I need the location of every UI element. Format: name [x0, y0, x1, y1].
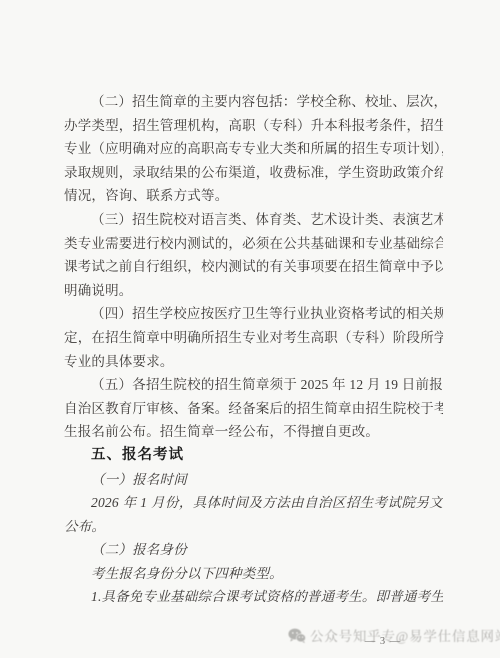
- text-line: 办学类型，招生管理机构，高职（专科）升本科报考条件，招生: [64, 114, 443, 138]
- text-line: 自治区教育厅审核、备案。经备案后的招生简章由招生院校于考: [64, 397, 443, 421]
- document-body: （二）招生简章的主要内容包括：学校全称、校址、层次，办学类型，招生管理机构，高职…: [64, 90, 443, 609]
- page-number: — 3 —: [352, 636, 414, 647]
- text-line: 情况，咨询、联系方式等。: [64, 184, 443, 208]
- text-line: 2026 年 1 月份，具体时间及方法由自治区招生考试院另文: [64, 491, 443, 515]
- text-line: （二）报名身份: [64, 538, 443, 562]
- document-page: （二）招生简章的主要内容包括：学校全称、校址、层次，办学类型，招生管理机构，高职…: [0, 0, 500, 658]
- text-line: 类专业需要进行校内测试的，必须在公共基础课和专业基础综合: [64, 232, 443, 256]
- text-line: 明确说明。: [64, 279, 443, 303]
- text-line: （二）招生简章的主要内容包括：学校全称、校址、层次，: [64, 90, 443, 114]
- text-line: 公布。: [64, 515, 443, 539]
- text-line: 录取规则，录取结果的公布渠道，收费标准，学生资助政策介绍: [64, 161, 443, 185]
- text-line: 定，在招生简章中明确所招生专业对考生高职（专科）阶段所学: [64, 326, 443, 350]
- text-line: （五）各招生院校的招生简章须于 2025 年 12 月 19 日前报: [64, 373, 443, 397]
- text-line: 1.具备免专业基础综合课考试资格的普通考生。即普通考生: [64, 585, 443, 609]
- text-line: 课考试之前自行组织，校内测试的有关事项要在招生简章中予以: [64, 255, 443, 279]
- text-line: （三）招生院校对语言类、体育类、艺术设计类、表演艺术: [64, 208, 443, 232]
- wechat-icon: [288, 628, 306, 643]
- text-line: （四）招生学校应按医疗卫生等行业执业资格考试的相关规: [64, 302, 443, 326]
- text-line: 五、报名考试: [64, 444, 443, 468]
- text-line: （一）报名时间: [64, 468, 443, 492]
- text-line: 生报名前公布。招生简章一经公布，不得擅自更改。: [64, 420, 443, 444]
- text-line: 考生报名身份分以下四种类型。: [64, 562, 443, 586]
- text-line: 专业的具体要求。: [64, 350, 443, 374]
- text-line: 专业（应明确对应的高职高专专业大类和所属的招生专项计划），: [64, 137, 443, 161]
